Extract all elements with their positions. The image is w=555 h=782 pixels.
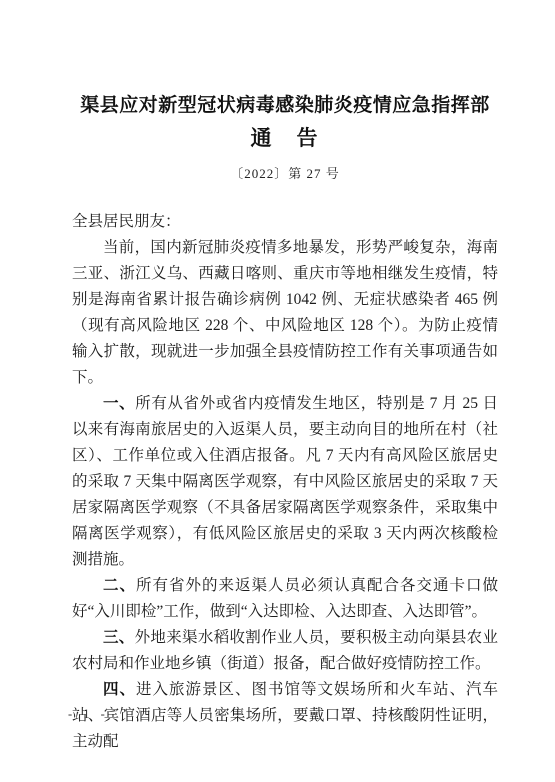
paragraph-item-1: 一、所有从省外或省内疫情发生地区，特别是 7 月 25 日以来有海南旅居史的入返… bbox=[72, 391, 498, 573]
page-number: - 1 - bbox=[68, 707, 109, 722]
paragraph-intro: 当前，国内新冠肺炎疫情多地暴发，形势严峻复杂，海南三亚、浙江义乌、西藏日喀则、重… bbox=[72, 235, 498, 391]
paragraph-item-3-lead: 三、 bbox=[103, 629, 135, 646]
doc-title: 渠县应对新型冠状病毒感染肺炎疫情应急指挥部 bbox=[72, 92, 498, 119]
doc-subtitle: 通 告 bbox=[72, 124, 498, 152]
paragraph-item-4-text: 进入旅游景区、图书馆等文娱场所和火车站、汽车站、宾馆酒店等人员密集场所，要戴口罩… bbox=[72, 681, 498, 750]
paragraph-item-2-text: 所有省外的来返渠人员必须认真配合各交通卡口做好“入川即检”工作，做到“入达即检、… bbox=[72, 577, 498, 620]
document-page: 渠县应对新型冠状病毒感染肺炎疫情应急指挥部 通 告 〔2022〕第 27 号 全… bbox=[0, 0, 555, 782]
doc-body: 全县居民朋友： 当前，国内新冠肺炎疫情多地暴发，形势严峻复杂，海南三亚、浙江义乌… bbox=[72, 209, 498, 755]
paragraph-item-3-text: 外地来渠水稻收割作业人员，要积极主动向渠县农业农村局和作业地乡镇（街道）报备，配… bbox=[72, 629, 498, 672]
paragraph-item-2-lead: 二、 bbox=[103, 577, 136, 594]
paragraph-intro-text: 当前，国内新冠肺炎疫情多地暴发，形势严峻复杂，海南三亚、浙江义乌、西藏日喀则、重… bbox=[72, 239, 498, 386]
salutation: 全县居民朋友： bbox=[72, 209, 498, 235]
paragraph-item-2: 二、所有省外的来返渠人员必须认真配合各交通卡口做好“入川即检”工作，做到“入达即… bbox=[72, 573, 498, 625]
paragraph-item-4: 四、进入旅游景区、图书馆等文娱场所和火车站、汽车站、宾馆酒店等人员密集场所，要戴… bbox=[72, 677, 498, 755]
document-content: 渠县应对新型冠状病毒感染肺炎疫情应急指挥部 通 告 〔2022〕第 27 号 全… bbox=[0, 0, 555, 755]
paragraph-item-1-text: 所有从省外或省内疫情发生地区，特别是 7 月 25 日以来有海南旅居史的入返渠人… bbox=[72, 395, 498, 568]
paragraph-item-4-lead: 四、 bbox=[103, 681, 136, 698]
doc-number: 〔2022〕第 27 号 bbox=[72, 163, 498, 182]
paragraph-item-3: 三、外地来渠水稻收割作业人员，要积极主动向渠县农业农村局和作业地乡镇（街道）报备… bbox=[72, 625, 498, 677]
paragraph-item-1-lead: 一、 bbox=[103, 395, 135, 412]
